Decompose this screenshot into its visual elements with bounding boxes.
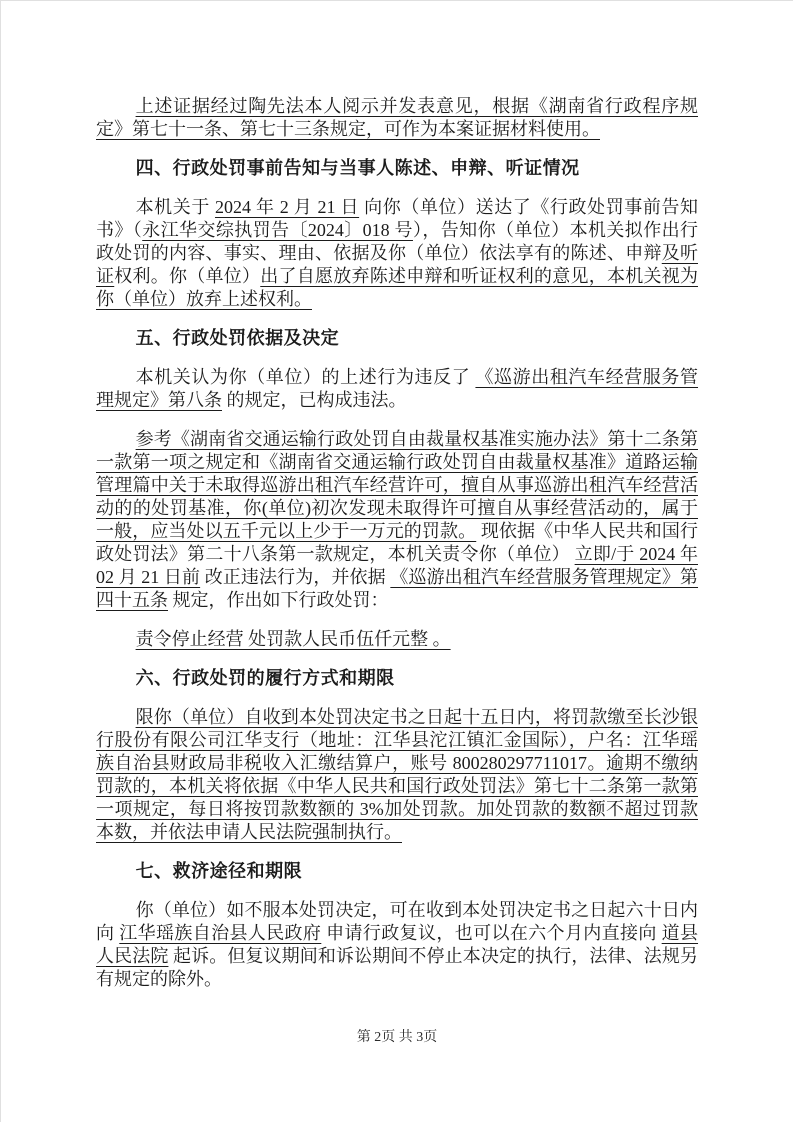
text-run: 申请行政复议，也可以在六个月内直接向 (321, 923, 661, 943)
underlined-text-run: 2024 年 2 月 21 日 (215, 197, 359, 217)
paragraph: 你（单位）如不服本处罚决定，可在收到本处罚决定书之日起六十日内向 江华瑶族自治县… (96, 899, 698, 991)
text-run: 改正违法行为，并依据 (200, 567, 390, 587)
underlined-text-run: 责令停止经营 处罚款人民币伍仟元整 。 (136, 629, 451, 649)
paragraph: 上述证据经过陶先法本人阅示并发表意见，根据《湖南省行政程序规定》第七十一条、第七… (96, 95, 698, 141)
underlined-text-run: 永江华交综执罚告〔2024〕018 号 (142, 220, 413, 240)
text-run: 规定，作出如下行政处罚： (168, 590, 389, 610)
text-run: 本机关认为你（单位）的上述行为违反了 (136, 367, 476, 387)
underlined-text-run: 限你（单位）自收到本处罚决定书之日起十五日内，将罚款缴至长沙银行股份有限公司江华… (96, 707, 698, 842)
text-run: 七、救济途径和期限 (136, 861, 303, 881)
text-run: 五、行政处罚依据及决定 (136, 328, 340, 348)
text-run: 起诉。但复议期间和诉讼期间不停止本决定的执行，法律、法规另有规定的除外。 (96, 946, 698, 989)
text-run: 权利。你（单位） (114, 266, 260, 286)
paragraph: 参考《湖南省交通运输行政处罚自由裁量权基准实施办法》第十二条第一款第一项之规定和… (96, 428, 698, 612)
paragraph: 限你（单位）自收到本处罚决定书之日起十五日内，将罚款缴至长沙银行股份有限公司江华… (96, 706, 698, 844)
section-heading: 五、行政处罚依据及决定 (96, 327, 698, 350)
section-heading: 四、行政处罚事前告知与当事人陈述、申辩、听证情况 (96, 157, 698, 180)
paragraph: 责令停止经营 处罚款人民币伍仟元整 。 (96, 628, 698, 651)
section-heading: 六、行政处罚的履行方式和期限 (96, 667, 698, 690)
paragraph: 本机关认为你（单位）的上述行为违反了 《巡游出租汽车经营服务管理规定》第八条 的… (96, 366, 698, 412)
paragraph: 本机关于 2024 年 2 月 21 日 向你（单位）送达了《行政处罚事前告知书… (96, 196, 698, 311)
text-run: 本机关于 (136, 197, 215, 217)
underlined-text-run: 江华瑶族自治县人民政府 (119, 923, 321, 943)
page-footer: 第 2页 共 3页 (1, 1029, 793, 1047)
document-body: 上述证据经过陶先法本人阅示并发表意见，根据《湖南省行政程序规定》第七十一条、第七… (96, 95, 698, 1007)
page-number: 第 2页 共 3页 (357, 1030, 438, 1045)
document-page: 上述证据经过陶先法本人阅示并发表意见，根据《湖南省行政程序规定》第七十一条、第七… (0, 0, 793, 1122)
text-run: 的规定，已构成违法。 (222, 390, 407, 410)
text-run: 四、行政处罚事前告知与当事人陈述、申辩、听证情况 (136, 158, 580, 178)
section-heading: 七、救济途径和期限 (96, 860, 698, 883)
text-run: 六、行政处罚的履行方式和期限 (136, 668, 395, 688)
underlined-text-run: 上述证据经过陶先法本人阅示并发表意见，根据《湖南省行政程序规定》第七十一条、第七… (96, 96, 698, 139)
